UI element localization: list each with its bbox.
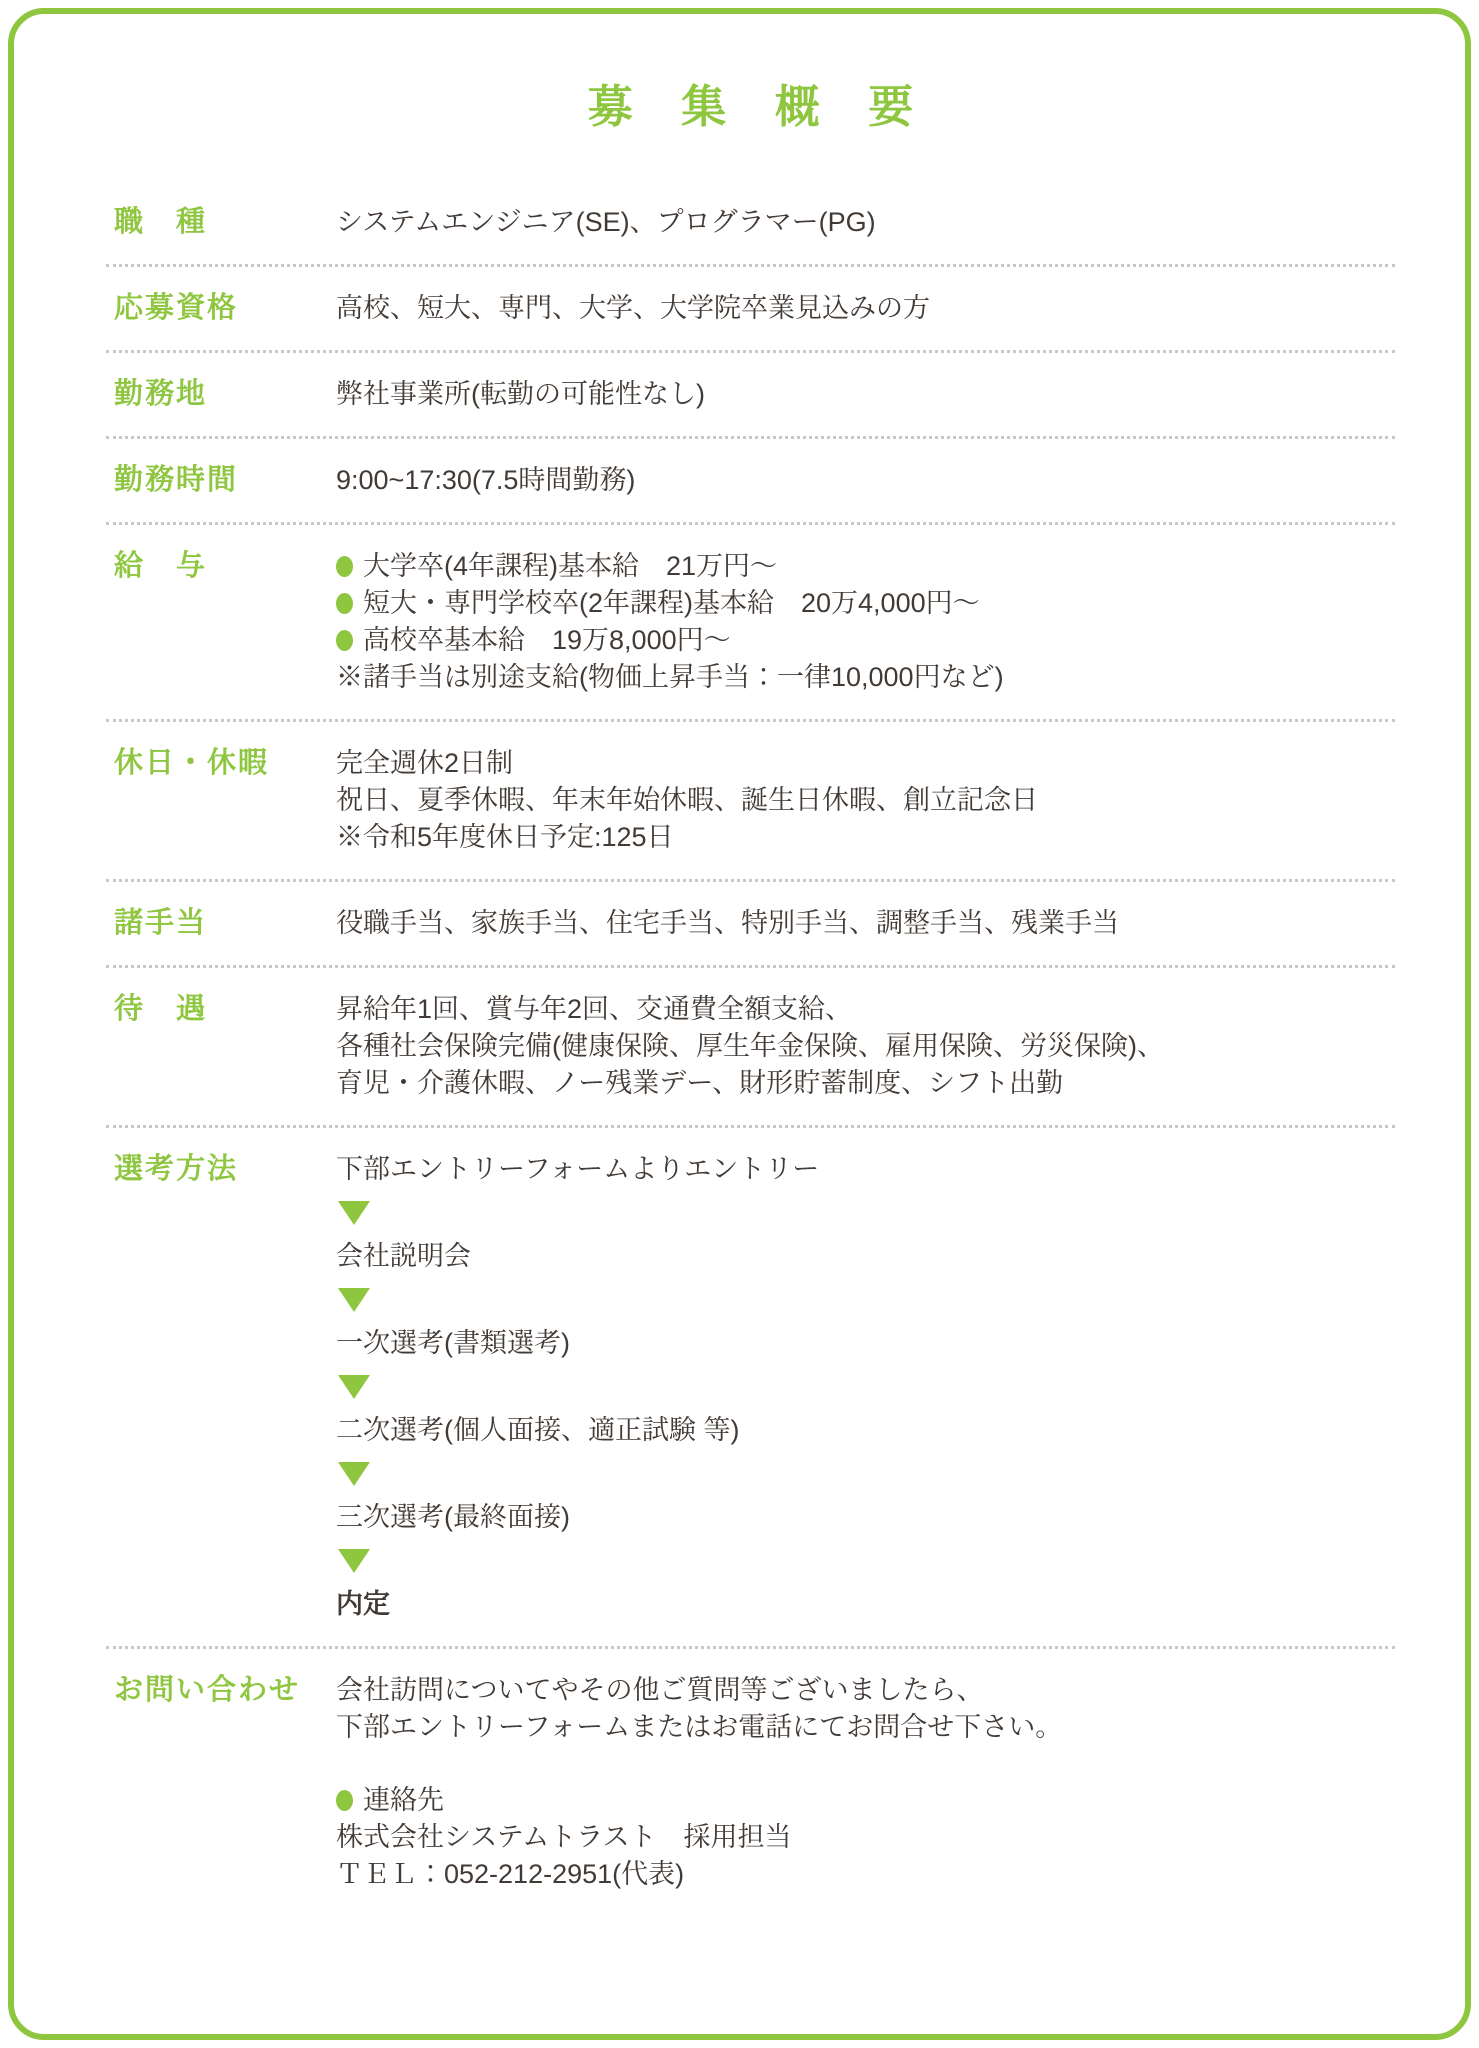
allowances-value: 役職手当、家族手当、住宅手当、特別手当、調整手当、残業手当 <box>336 905 1387 942</box>
selection-step: 会社説明会 <box>336 1238 1387 1275</box>
row-label: 勤務地 <box>114 376 336 413</box>
bullet-dot-icon <box>336 593 353 614</box>
benefits-line: 昇給年1回、賞与年2回、交通費全額支給、 <box>336 991 1387 1028</box>
salary-item-text: 大学卒(4年課程)基本給 21万円～ <box>363 548 777 585</box>
holidays-line: ※令和5年度休日予定:125日 <box>336 819 1387 856</box>
salary-item: 短大・専門学校卒(2年課程)基本給 20万4,000円～ <box>336 585 1387 622</box>
row-benefits: 待 遇 昇給年1回、賞与年2回、交通費全額支給、 各種社会保険完備(健康保険、厚… <box>106 965 1395 1125</box>
row-salary: 給 与 大学卒(4年課程)基本給 21万円～ 短大・専門学校卒(2年課程)基本給… <box>106 522 1395 719</box>
row-hours: 勤務時間 9:00~17:30(7.5時間勤務) <box>106 436 1395 522</box>
row-label: 勤務時間 <box>114 462 336 499</box>
row-label: 諸手当 <box>114 905 336 942</box>
contact-line: 会社訪問についてやその他ご質問等ございましたら、 <box>336 1672 1387 1709</box>
selection-step: 下部エントリーフォームよりエントリー <box>336 1151 1387 1188</box>
holidays-line: 完全週休2日制 <box>336 745 1387 782</box>
down-triangle-icon <box>338 1288 370 1312</box>
row-content: 会社訪問についてやその他ご質問等ございましたら、 下部エントリーフォームまたはお… <box>336 1672 1387 1893</box>
holidays-line: 祝日、夏季休暇、年末年始休暇、誕生日休暇、創立記念日 <box>336 782 1387 819</box>
down-triangle-icon <box>338 1462 370 1486</box>
row-content: 弊社事業所(転勤の可能性なし) <box>336 376 1387 413</box>
selection-step: 二次選考(個人面接、適正試験 等) <box>336 1412 1387 1449</box>
row-label: 職 種 <box>114 204 336 241</box>
contact-company: 株式会社システムトラスト 採用担当 <box>336 1819 1387 1856</box>
selection-step: 三次選考(最終面接) <box>336 1499 1387 1536</box>
benefits-line: 育児・介護休暇、ノー残業デー、財形貯蓄制度、シフト出勤 <box>336 1065 1387 1102</box>
row-label: 休日・休暇 <box>114 745 336 782</box>
row-content: システムエンジニア(SE)、プログラマー(PG) <box>336 204 1387 241</box>
selection-flow: 下部エントリーフォームよりエントリー 会社説明会 一次選考(書類選考) 二次選考… <box>336 1151 1387 1623</box>
bullet-dot-icon <box>336 1790 353 1811</box>
contact-line: 下部エントリーフォームまたはお電話にてお問合せ下さい。 <box>336 1709 1387 1746</box>
qualification-value: 高校、短大、専門、大学、大学院卒業見込みの方 <box>336 290 1387 327</box>
hours-value: 9:00~17:30(7.5時間勤務) <box>336 462 1387 499</box>
row-content: 大学卒(4年課程)基本給 21万円～ 短大・専門学校卒(2年課程)基本給 20万… <box>336 548 1387 696</box>
bullet-dot-icon <box>336 556 353 577</box>
row-holidays: 休日・休暇 完全週休2日制 祝日、夏季休暇、年末年始休暇、誕生日休暇、創立記念日… <box>106 719 1395 879</box>
row-content: 9:00~17:30(7.5時間勤務) <box>336 462 1387 499</box>
row-content: 高校、短大、専門、大学、大学院卒業見込みの方 <box>336 290 1387 327</box>
row-content: 昇給年1回、賞与年2回、交通費全額支給、 各種社会保険完備(健康保険、厚生年金保… <box>336 991 1387 1102</box>
page-title: 募 集 概 要 <box>106 70 1395 135</box>
row-content: 役職手当、家族手当、住宅手当、特別手当、調整手当、残業手当 <box>336 905 1387 942</box>
selection-final-step: 内定 <box>336 1586 1387 1623</box>
row-location: 勤務地 弊社事業所(転勤の可能性なし) <box>106 350 1395 436</box>
recruitment-spec-table: 職 種 システムエンジニア(SE)、プログラマー(PG) 応募資格 高校、短大、… <box>106 181 1395 1916</box>
page-border-frame: 募 集 概 要 職 種 システムエンジニア(SE)、プログラマー(PG) 応募資… <box>8 8 1471 2040</box>
location-value: 弊社事業所(転勤の可能性なし) <box>336 376 1387 413</box>
row-allowances: 諸手当 役職手当、家族手当、住宅手当、特別手当、調整手当、残業手当 <box>106 879 1395 965</box>
job-type-value: システムエンジニア(SE)、プログラマー(PG) <box>336 204 1387 241</box>
row-selection-process: 選考方法 下部エントリーフォームよりエントリー 会社説明会 一次選考(書類選考)… <box>106 1125 1395 1646</box>
salary-item: 大学卒(4年課程)基本給 21万円～ <box>336 548 1387 585</box>
page-content: 募 集 概 要 職 種 システムエンジニア(SE)、プログラマー(PG) 応募資… <box>14 14 1465 1956</box>
contact-heading: 連絡先 <box>363 1782 444 1819</box>
row-label: 給 与 <box>114 548 336 585</box>
benefits-line: 各種社会保険完備(健康保険、厚生年金保険、雇用保険、労災保険)、 <box>336 1028 1387 1065</box>
row-label: お問い合わせ <box>114 1672 336 1709</box>
contact-heading-line: 連絡先 <box>336 1782 1387 1819</box>
contact-details: 連絡先 株式会社システムトラスト 採用担当 ＴＥＬ：052-212-2951(代… <box>336 1782 1387 1893</box>
salary-note: ※諸手当は別途支給(物価上昇手当：一律10,000円など) <box>336 659 1387 696</box>
row-label: 選考方法 <box>114 1151 336 1188</box>
row-job-type: 職 種 システムエンジニア(SE)、プログラマー(PG) <box>106 181 1395 264</box>
salary-item-text: 高校卒基本給 19万8,000円～ <box>363 622 731 659</box>
row-label: 待 遇 <box>114 991 336 1028</box>
row-contact: お問い合わせ 会社訪問についてやその他ご質問等ございましたら、 下部エントリーフ… <box>106 1646 1395 1916</box>
row-label: 応募資格 <box>114 290 336 327</box>
salary-item: 高校卒基本給 19万8,000円～ <box>336 622 1387 659</box>
bullet-dot-icon <box>336 630 353 651</box>
down-triangle-icon <box>338 1201 370 1225</box>
down-triangle-icon <box>338 1549 370 1573</box>
selection-step: 一次選考(書類選考) <box>336 1325 1387 1362</box>
row-content: 完全週休2日制 祝日、夏季休暇、年末年始休暇、誕生日休暇、創立記念日 ※令和5年… <box>336 745 1387 856</box>
contact-tel: ＴＥＬ：052-212-2951(代表) <box>336 1856 1387 1893</box>
down-triangle-icon <box>338 1375 370 1399</box>
salary-item-text: 短大・専門学校卒(2年課程)基本給 20万4,000円～ <box>363 585 980 622</box>
row-qualification: 応募資格 高校、短大、専門、大学、大学院卒業見込みの方 <box>106 264 1395 350</box>
